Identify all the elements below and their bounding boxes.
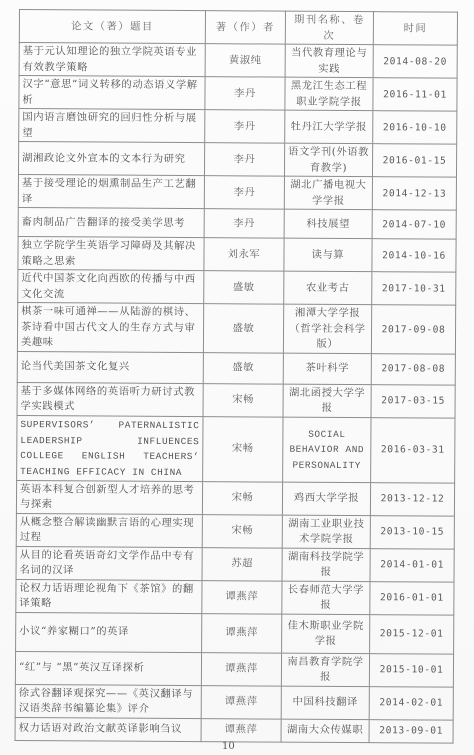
- paper-author: 李丹: [205, 77, 285, 110]
- paper-journal: 黑龙江生态工程职业学院学报: [285, 77, 373, 111]
- header-author: 著（作）者: [205, 11, 285, 44]
- paper-author: 盛敏: [204, 271, 284, 304]
- paper-author: 李丹: [204, 176, 284, 209]
- header-title: 论文（著）题目: [19, 10, 205, 44]
- paper-journal: 湘潭大学学报（哲学社会科学版）: [283, 304, 371, 353]
- table-row: 基于多媒体网络的英语听力研讨式教学实践模式 宋畅 湖北函授大学学报 2017-0…: [17, 382, 455, 418]
- paper-author: 刘永军: [204, 238, 284, 271]
- paper-title: 畜肉制品广告翻译的接受美学思考: [18, 207, 204, 237]
- paper-journal: 南昌教育学院学报: [281, 653, 369, 687]
- paper-title: 基于多媒体网络的英语听力研讨式教学实践模式: [17, 382, 203, 416]
- paper-author: 李丹: [204, 143, 284, 176]
- paper-journal: 湖北广播电视大学学报: [284, 176, 372, 210]
- paper-title: 小议“养家糊口”的英译: [16, 612, 202, 652]
- paper-date: 2014-10-16: [372, 239, 456, 273]
- paper-author: 李丹: [205, 110, 285, 143]
- paper-author: 谭燕萍: [201, 718, 281, 741]
- paper-journal: SOCIAL BEHAVIOR AND PERSONALITY: [283, 417, 371, 483]
- paper-title: 湖湘政论文外宣本的文本行为研究: [18, 142, 204, 176]
- paper-journal: 当代教育理论与实践: [285, 44, 373, 78]
- paper-date: 2014-07-10: [372, 210, 456, 240]
- table-row: 畜肉制品广告翻译的接受美学思考 李丹 科技展望 2014-07-10: [18, 207, 456, 239]
- paper-title: 基于接受理论的烟熏制品生产工艺翻译: [18, 174, 204, 208]
- paper-date: 2013-12-12: [370, 482, 454, 516]
- paper-journal: 长春师范大学学报: [282, 581, 370, 615]
- publications-table: 论文（著）题目 著（作）者 期刊名称、卷次 时间 基于元认知理论的独立学院英语专…: [15, 9, 458, 743]
- paper-author: 苏超: [202, 547, 282, 580]
- paper-author: 盛敏: [203, 352, 283, 383]
- paper-journal: 湖北函授大学学报: [283, 384, 371, 418]
- table-header-row: 论文（著）题目 著（作）者 期刊名称、卷次 时间: [19, 10, 457, 46]
- paper-title: 棋茶一味可通禅——从陆游的棋诗、茶诗看中国古代文人的生存方式与审美趣味: [17, 302, 203, 352]
- paper-journal: 鸡西大学学报: [282, 482, 370, 516]
- paper-author: 谭燕萍: [202, 613, 282, 652]
- table-row: 从概念整合解读幽默言语的心理实现过程 宋畅 湖南工业职业技术学院学报 2013-…: [16, 513, 454, 549]
- paper-title: 基于元认知理论的独立学院英语专业有效教学策略: [19, 43, 205, 77]
- paper-date: 2016-01-01: [370, 581, 454, 615]
- paper-date: 2017-10-31: [372, 272, 456, 306]
- paper-journal: 湖南科技学院学报: [282, 548, 370, 582]
- paper-date: 2016-11-01: [373, 78, 457, 112]
- table-row: SUPERVISORS’ PATERNALISTIC LEADERSHIP IN…: [17, 415, 455, 483]
- table-row: 独立学院学生英语学习障碍及其解决策略之思索 刘永军 读与算 2014-10-16: [18, 236, 456, 272]
- table-row: 近代中国茶文化向西欧的传播与中西文化交流 盛敏 农业考古 2017-10-31: [18, 269, 456, 305]
- paper-journal: 茶叶科学: [283, 353, 371, 385]
- paper-journal: 中国科技翻译: [281, 686, 369, 720]
- paper-journal: 农业考古: [284, 271, 372, 305]
- table-row: 徐式谷翻译观探究——《英汉翻译与汉语类辞书编纂论集》评介 谭燕萍 中国科技翻译 …: [15, 684, 453, 720]
- paper-title: 汉字“意思”词义转移的动态语义学解析: [19, 76, 205, 110]
- paper-journal: 湖南工业职业技术学院学报: [282, 515, 370, 549]
- table-row: 英语本科复合创新型人才培养的思考与探索 宋畅 鸡西大学学报 2013-12-12: [16, 480, 454, 516]
- paper-date: 2013-10-15: [370, 515, 454, 549]
- table-row: 小议“养家糊口”的英译 谭燕萍 佳木斯职业学院学报 2015-12-01: [16, 612, 454, 654]
- paper-date: 2017-08-08: [371, 353, 455, 385]
- table-row: 棋茶一味可通禅——从陆游的棋诗、茶诗看中国古代文人的生存方式与审美趣味 盛敏 湘…: [17, 302, 455, 353]
- paper-date: 2016-01-15: [372, 144, 456, 178]
- paper-date: 2014-02-01: [369, 686, 453, 720]
- paper-journal: 牡丹江大学学报: [285, 110, 373, 144]
- page-number: 10: [222, 741, 235, 752]
- table-row: 汉字“意思”词义转移的动态语义学解析 李丹 黑龙江生态工程职业学院学报 2016…: [19, 76, 457, 112]
- paper-title: 独立学院学生英语学习障碍及其解决策略之思索: [18, 236, 204, 270]
- table-row: 基于接受理论的烟熏制品生产工艺翻译 李丹 湖北广播电视大学学报 2014-12-…: [18, 174, 456, 210]
- paper-author: 谭燕萍: [202, 580, 282, 613]
- paper-journal: 读与算: [284, 238, 372, 272]
- table-row: 湖湘政论文外宣本的文本行为研究 李丹 语文学刊(外语教育教学) 2016-01-…: [18, 142, 456, 178]
- table-row: 国内语言磨蚀研究的回归性分析与展望 李丹 牡丹江大学学报 2016-10-10: [19, 109, 457, 145]
- paper-title: 从目的论看英语奇幻文学作品中专有名词的汉译: [16, 546, 202, 580]
- paper-title: 从概念整合解读幽默言语的心理实现过程: [16, 513, 202, 547]
- paper-author: 盛敏: [203, 304, 283, 353]
- table-row: 从目的论看英语奇幻文学作品中专有名词的汉译 苏超 湖南科技学院学报 2014-0…: [16, 546, 454, 582]
- paper-journal: 佳木斯职业学院学报: [282, 614, 370, 654]
- paper-author: 李丹: [204, 209, 284, 238]
- header-date: 时间: [373, 12, 457, 46]
- paper-author: 黄淑纯: [205, 44, 285, 77]
- paper-date: 2014-12-13: [372, 177, 456, 211]
- paper-journal: 科技展望: [284, 209, 372, 239]
- paper-title: 论权力话语理论视角下《茶馆》的翻译策略: [16, 579, 202, 613]
- paper-date: 2013-09-01: [369, 719, 453, 743]
- paper-date: 2017-09-08: [371, 305, 455, 354]
- paper-author: 宋畅: [203, 416, 283, 481]
- paper-title: “红”与 “黑”英汉互译探析: [15, 651, 201, 685]
- table-row: 基于元认知理论的独立学院英语专业有效教学策略 黄淑纯 当代教育理论与实践 201…: [19, 43, 457, 79]
- header-journal: 期刊名称、卷次: [285, 11, 373, 45]
- paper-title: SUPERVISORS’ PATERNALISTIC LEADERSHIP IN…: [17, 415, 203, 481]
- paper-date: 2016-03-31: [371, 417, 455, 483]
- paper-date: 2017-03-15: [371, 384, 455, 418]
- paper-author: 宋畅: [203, 383, 283, 416]
- table-row: “红”与 “黑”英汉互译探析 谭燕萍 南昌教育学院学报 2015-10-01: [15, 651, 453, 687]
- paper-author: 谭燕萍: [201, 685, 281, 718]
- table-row: 论当代美国茶文化复兴 盛敏 茶叶科学 2017-08-08: [17, 351, 455, 385]
- scanned-document-page: 论文（著）题目 著（作）者 期刊名称、卷次 时间 基于元认知理论的独立学院英语专…: [0, 0, 474, 755]
- paper-title: 徐式谷翻译观探究——《英汉翻译与汉语类辞书编纂论集》评介: [15, 684, 201, 718]
- table-row: 论权力话语理论视角下《茶馆》的翻译策略 谭燕萍 长春师范大学学报 2016-01…: [16, 579, 454, 615]
- paper-journal: 语文学刊(外语教育教学): [284, 143, 372, 177]
- paper-date: 2015-10-01: [369, 653, 453, 687]
- paper-date: 2014-08-20: [373, 45, 457, 79]
- paper-date: 2016-10-10: [373, 111, 457, 145]
- paper-date: 2015-12-01: [370, 614, 454, 654]
- table-row: 权力话语对政治文献英译影响刍议 谭燕萍 湖南大众传媒职 2013-09-01: [15, 717, 453, 743]
- paper-author: 宋畅: [202, 481, 282, 514]
- paper-author: 谭燕萍: [201, 652, 281, 685]
- paper-title: 英语本科复合创新型人才培养的思考与探索: [16, 480, 202, 514]
- paper-title: 近代中国茶文化向西欧的传播与中西文化交流: [18, 269, 204, 303]
- paper-journal: 湖南大众传媒职: [281, 719, 369, 743]
- paper-date: 2014-01-01: [370, 548, 454, 582]
- paper-author: 宋畅: [202, 514, 282, 547]
- paper-title: 论当代美国茶文化复兴: [17, 351, 203, 383]
- paper-title: 国内语言磨蚀研究的回归性分析与展望: [19, 109, 205, 143]
- paper-title: 权力话语对政治文献英译影响刍议: [15, 717, 201, 741]
